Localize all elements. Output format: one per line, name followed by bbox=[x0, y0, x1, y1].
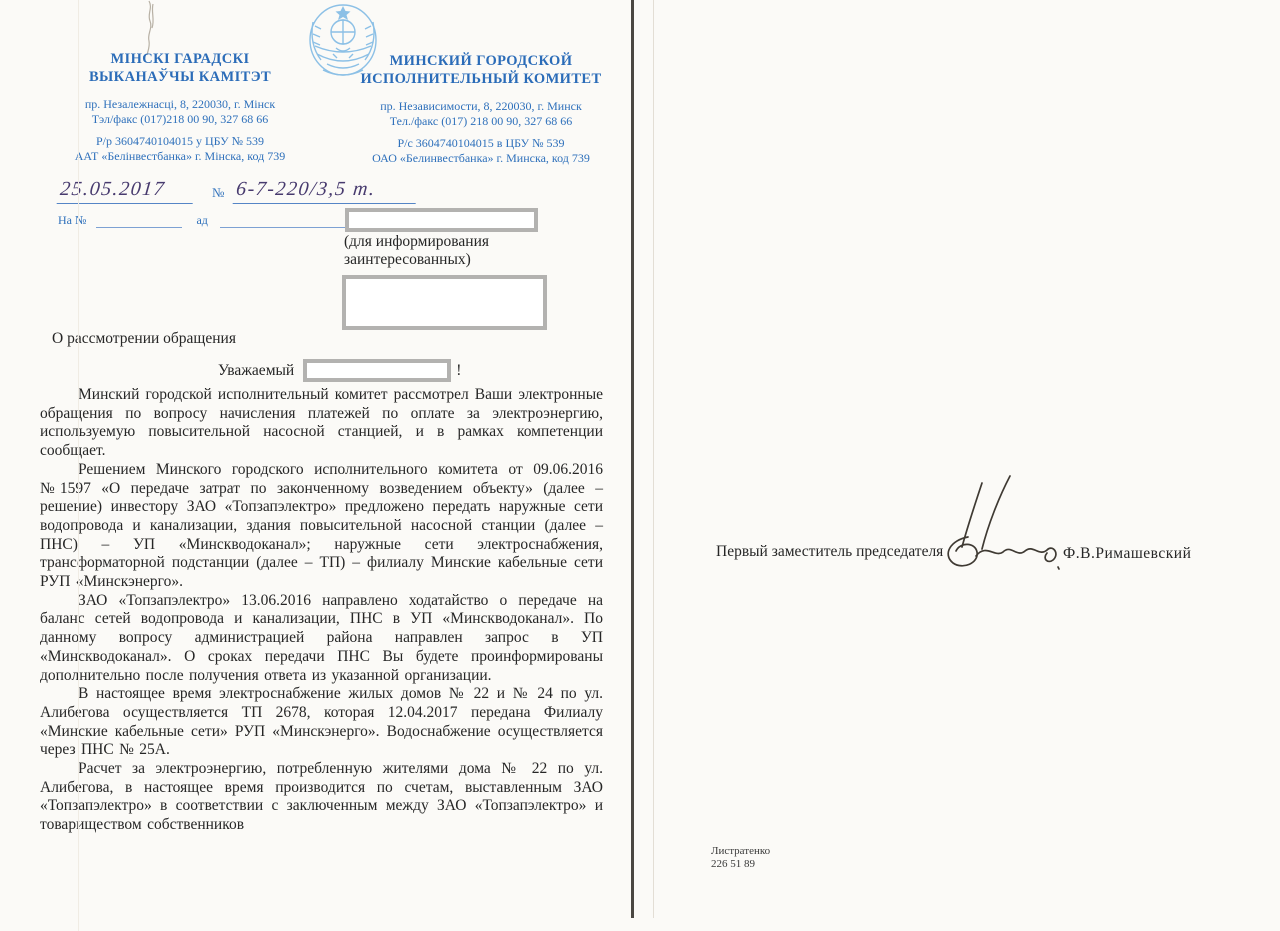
greeting-exclamation: ! bbox=[456, 362, 461, 380]
org-title-by-line2: ВЫКАНАЎЧЫ КАМІТЭТ bbox=[42, 68, 318, 86]
org-title-ru-line2: ИСПОЛНИТЕЛЬНЫЙ КОМИТЕТ bbox=[348, 70, 614, 88]
org-bank-ru: ОАО «Белинвестбанка» г. Минска, код 739 bbox=[348, 151, 614, 166]
addressee-note: (для информирования заинтересованных) bbox=[344, 233, 489, 268]
executor-name: Листратенко bbox=[711, 845, 770, 858]
reply-number-blank bbox=[96, 215, 182, 228]
handwritten-outgoing-number: 6-7-220/3,5 т. bbox=[233, 178, 419, 204]
scanned-letter: { "colors": { "letterhead_blue": "#2b6cb… bbox=[0, 0, 1280, 931]
greeting-line: Уважаемый ! bbox=[218, 359, 461, 382]
org-bank-by: ААТ «Белінвестбанка» г. Мінска, код 739 bbox=[42, 149, 318, 164]
pen-mark bbox=[133, 0, 167, 56]
signer-title: Первый заместитель председателя bbox=[716, 543, 943, 561]
signature-flourish bbox=[938, 473, 1068, 573]
scan-streak bbox=[78, 0, 79, 931]
reply-date-blank bbox=[220, 215, 348, 228]
reply-reference-row: На № ад bbox=[58, 213, 348, 228]
org-address-ru: пр. Независимости, 8, 220030, г. Минск bbox=[348, 99, 614, 114]
redacted-addressee-box bbox=[345, 208, 538, 232]
letterhead-russian: МИНСКИЙ ГОРОДСКОЙ ИСПОЛНИТЕЛЬНЫЙ КОМИТЕТ… bbox=[348, 52, 614, 166]
salutation: Уважаемый bbox=[218, 362, 294, 380]
redacted-name-box bbox=[303, 359, 451, 382]
org-title-ru-line1: МИНСКИЙ ГОРОДСКОЙ bbox=[348, 52, 614, 70]
letterhead-belarusian: МІНСКІ ГАРАДСКІ ВЫКАНАЎЧЫ КАМІТЭТ пр. Не… bbox=[42, 50, 318, 164]
reply-date-label: ад bbox=[196, 213, 207, 228]
signer-name: Ф.В.Римашевский bbox=[1063, 545, 1191, 563]
letter-page-2: «Михаловское 2» в лице председателя Лазо… bbox=[634, 0, 1280, 931]
executor-footer: Листратенко 226 51 89 bbox=[711, 845, 770, 870]
executor-phone: 226 51 89 bbox=[711, 858, 770, 871]
paragraph: В настоящее время электроснабжение жилых… bbox=[40, 685, 603, 760]
addressee-note-line2: заинтересованных) bbox=[344, 251, 489, 269]
org-account-ru: Р/с 3604740104015 в ЦБУ № 539 bbox=[348, 136, 614, 151]
org-title-by-line1: МІНСКІ ГАРАДСКІ bbox=[42, 50, 318, 68]
paragraph: ЗАО «Топзапэлектро» 13.06.2016 направлен… bbox=[40, 592, 603, 686]
paragraph: Минский городской исполнительный комитет… bbox=[40, 386, 603, 461]
body-page-1: Минский городской исполнительный комитет… bbox=[40, 386, 603, 835]
letter-page-1: МІНСКІ ГАРАДСКІ ВЫКАНАЎЧЫ КАМІТЭТ пр. Не… bbox=[0, 0, 632, 931]
reference-row: 25.05.2017 № 6-7-220/3,5 т. bbox=[58, 178, 417, 204]
redacted-address-box bbox=[342, 275, 547, 330]
org-phone-by: Тэл/факс (017)218 00 90, 327 68 66 bbox=[42, 112, 318, 127]
subject-line: О рассмотрении обращения bbox=[52, 330, 236, 348]
org-account-by: Р/р 3604740104015 у ЦБУ № 539 bbox=[42, 134, 318, 149]
org-phone-ru: Тел./факс (017) 218 00 90, 327 68 66 bbox=[348, 114, 614, 129]
paragraph: Решением Минского городского исполнитель… bbox=[40, 461, 603, 592]
reply-number-label: На № bbox=[58, 213, 86, 228]
org-address-by: пр. Незалежнасці, 8, 220030, г. Мінск bbox=[42, 97, 318, 112]
number-sign-label: № bbox=[212, 185, 224, 201]
paragraph: Расчет за электроэнергию, потребленную ж… bbox=[40, 760, 603, 835]
addressee-note-line1: (для информирования bbox=[344, 233, 489, 251]
